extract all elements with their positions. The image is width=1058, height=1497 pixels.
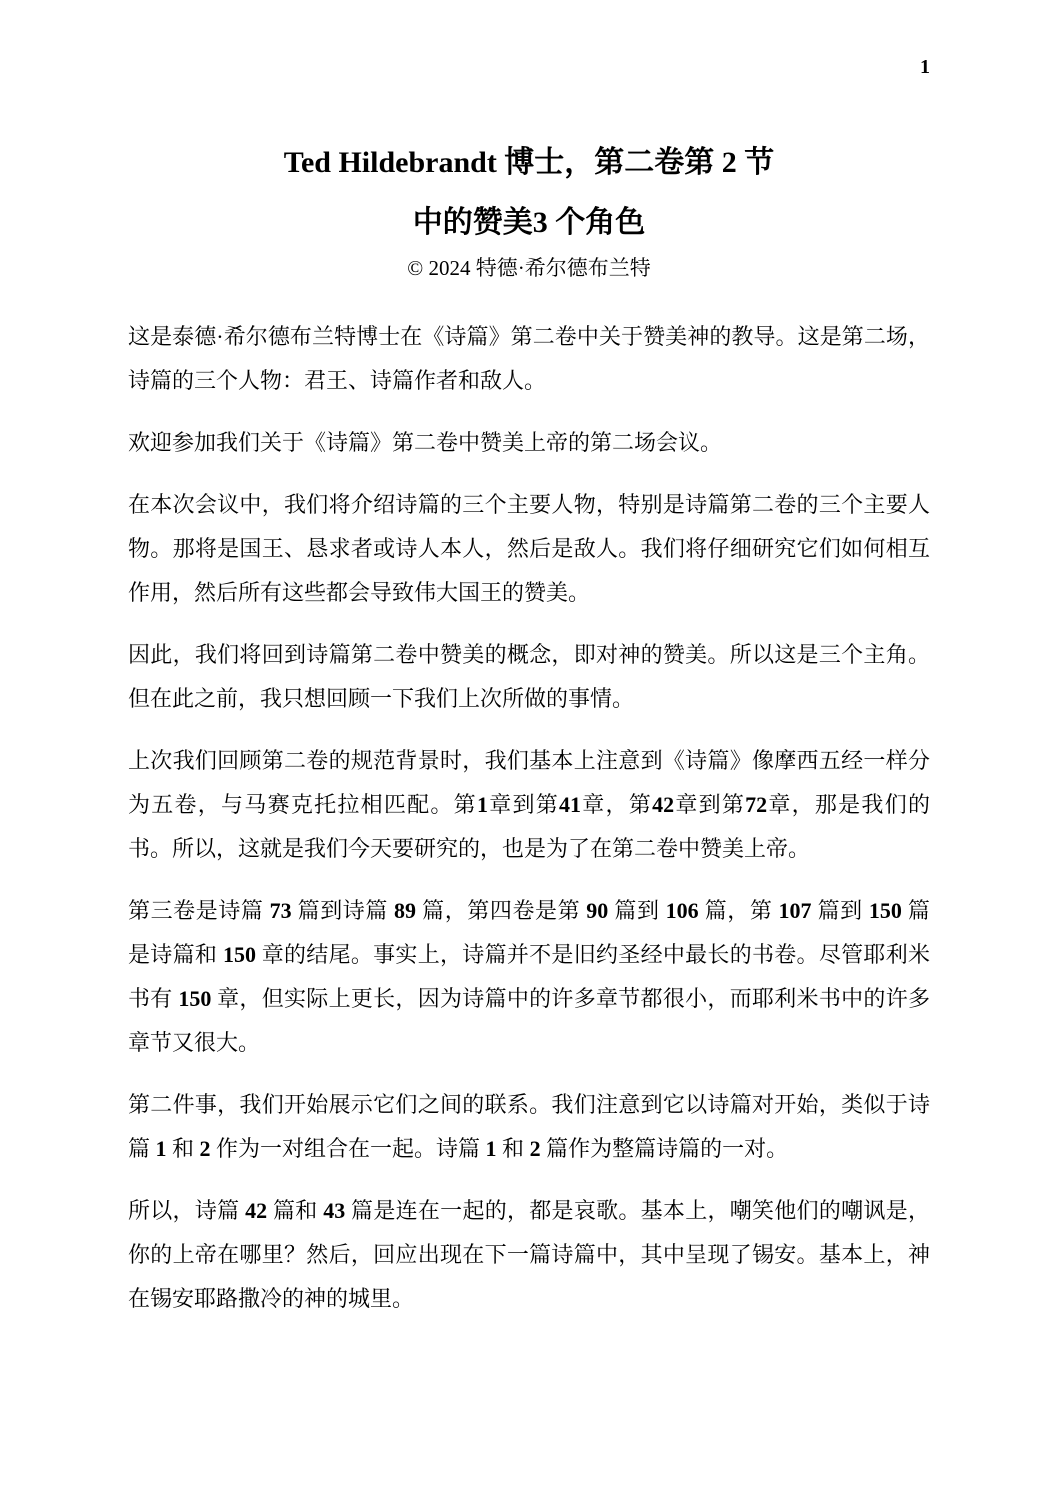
document-page: 1 Ted Hildebrandt 博士，第二卷第 2 节 中的赞美3 个角色 … <box>0 0 1058 1497</box>
paragraph: 所以，诗篇 42 篇和 43 篇是连在一起的，都是哀歌。基本上，嘲笑他们的嘲讽是… <box>128 1189 930 1321</box>
paragraph: 在本次会议中，我们将介绍诗篇的三个主要人物，特别是诗篇第二卷的三个主要人物。那将… <box>128 483 930 615</box>
paragraph-text: 篇和 <box>267 1198 323 1223</box>
paragraph-text: 第三卷是诗篇 <box>128 898 270 923</box>
paragraph-text-bold: 150 <box>178 986 211 1011</box>
paragraph-text-bold: 42 <box>652 792 674 817</box>
paragraph-text-bold: 1 <box>486 1136 497 1161</box>
paragraph: 第二件事，我们开始展示它们之间的联系。我们注意到它以诗篇对开始，类似于诗篇 1 … <box>128 1083 930 1171</box>
paragraph-text: 这是泰德·希尔德布兰特博士在《诗篇》第二卷中关于赞美神的教导。这是第二场，诗篇的… <box>128 324 930 393</box>
paragraph-text: 篇，第 <box>699 898 779 923</box>
paragraph-text-bold: 89 <box>394 898 416 923</box>
paragraph-text: 和 <box>167 1136 200 1161</box>
paragraph: 欢迎参加我们关于《诗篇》第二卷中赞美上帝的第二场会议。 <box>128 421 930 465</box>
paragraph-text-bold: 41 <box>559 792 581 817</box>
paragraph-text-bold: 42 <box>245 1198 267 1223</box>
paragraph-text-bold: 150 <box>223 942 256 967</box>
paragraph: 因此，我们将回到诗篇第二卷中赞美的概念，即对神的赞美。所以这是三个主角。但在此之… <box>128 633 930 721</box>
paragraph-text-bold: 73 <box>270 898 292 923</box>
paragraph-text: 作为一对组合在一起。诗篇 <box>211 1136 486 1161</box>
title-block: Ted Hildebrandt 博士，第二卷第 2 节 中的赞美3 个角色 © … <box>128 133 930 283</box>
paragraph-text-bold: 43 <box>323 1198 345 1223</box>
paragraph-text-bold: 107 <box>779 898 812 923</box>
paragraph-text: 篇到诗篇 <box>292 898 394 923</box>
paragraph-text: 篇到 <box>608 898 665 923</box>
paragraph-text-bold: 150 <box>869 898 902 923</box>
document-title-line-1: Ted Hildebrandt 博士，第二卷第 2 节 <box>128 133 930 193</box>
page-number: 1 <box>920 55 930 79</box>
paragraph-text: 欢迎参加我们关于《诗篇》第二卷中赞美上帝的第二场会议。 <box>128 430 722 455</box>
paragraph-text: 篇，第四卷是第 <box>416 898 586 923</box>
paragraph-text: 章，但实际上更长，因为诗篇中的许多章节都很小，而耶利米书中的许多章节又很大。 <box>128 986 930 1055</box>
paragraph-text: 和 <box>497 1136 530 1161</box>
document-body: 这是泰德·希尔德布兰特博士在《诗篇》第二卷中关于赞美神的教导。这是第二场，诗篇的… <box>128 315 930 1321</box>
document-title-line-2: 中的赞美3 个角色 <box>128 193 930 253</box>
paragraph: 上次我们回顾第二卷的规范背景时，我们基本上注意到《诗篇》像摩西五经一样分为五卷，… <box>128 739 930 871</box>
paragraph-text: 在本次会议中，我们将介绍诗篇的三个主要人物，特别是诗篇第二卷的三个主要人物。那将… <box>128 492 930 605</box>
paragraph-text: 章到第 <box>488 792 559 817</box>
paragraph-text-bold: 1 <box>477 792 488 817</box>
paragraph-text-bold: 90 <box>586 898 608 923</box>
paragraph-text-bold: 72 <box>745 792 767 817</box>
paragraph-text: 章，第 <box>581 792 652 817</box>
paragraph-text: 因此，我们将回到诗篇第二卷中赞美的概念，即对神的赞美。所以这是三个主角。但在此之… <box>128 642 930 711</box>
paragraph: 第三卷是诗篇 73 篇到诗篇 89 篇，第四卷是第 90 篇到 106 篇，第 … <box>128 889 930 1065</box>
paragraph-text-bold: 2 <box>200 1136 211 1161</box>
paragraph-text: 章到第 <box>674 792 745 817</box>
paragraph-text: 篇作为整篇诗篇的一对。 <box>541 1136 789 1161</box>
paragraph-text-bold: 2 <box>530 1136 541 1161</box>
copyright-notice: © 2024 特德·希尔德布兰特 <box>128 253 930 283</box>
paragraph-text: 篇到 <box>812 898 869 923</box>
paragraph-text: 所以，诗篇 <box>128 1198 245 1223</box>
paragraph-text-bold: 106 <box>666 898 699 923</box>
paragraph-text-bold: 1 <box>156 1136 167 1161</box>
paragraph: 这是泰德·希尔德布兰特博士在《诗篇》第二卷中关于赞美神的教导。这是第二场，诗篇的… <box>128 315 930 403</box>
